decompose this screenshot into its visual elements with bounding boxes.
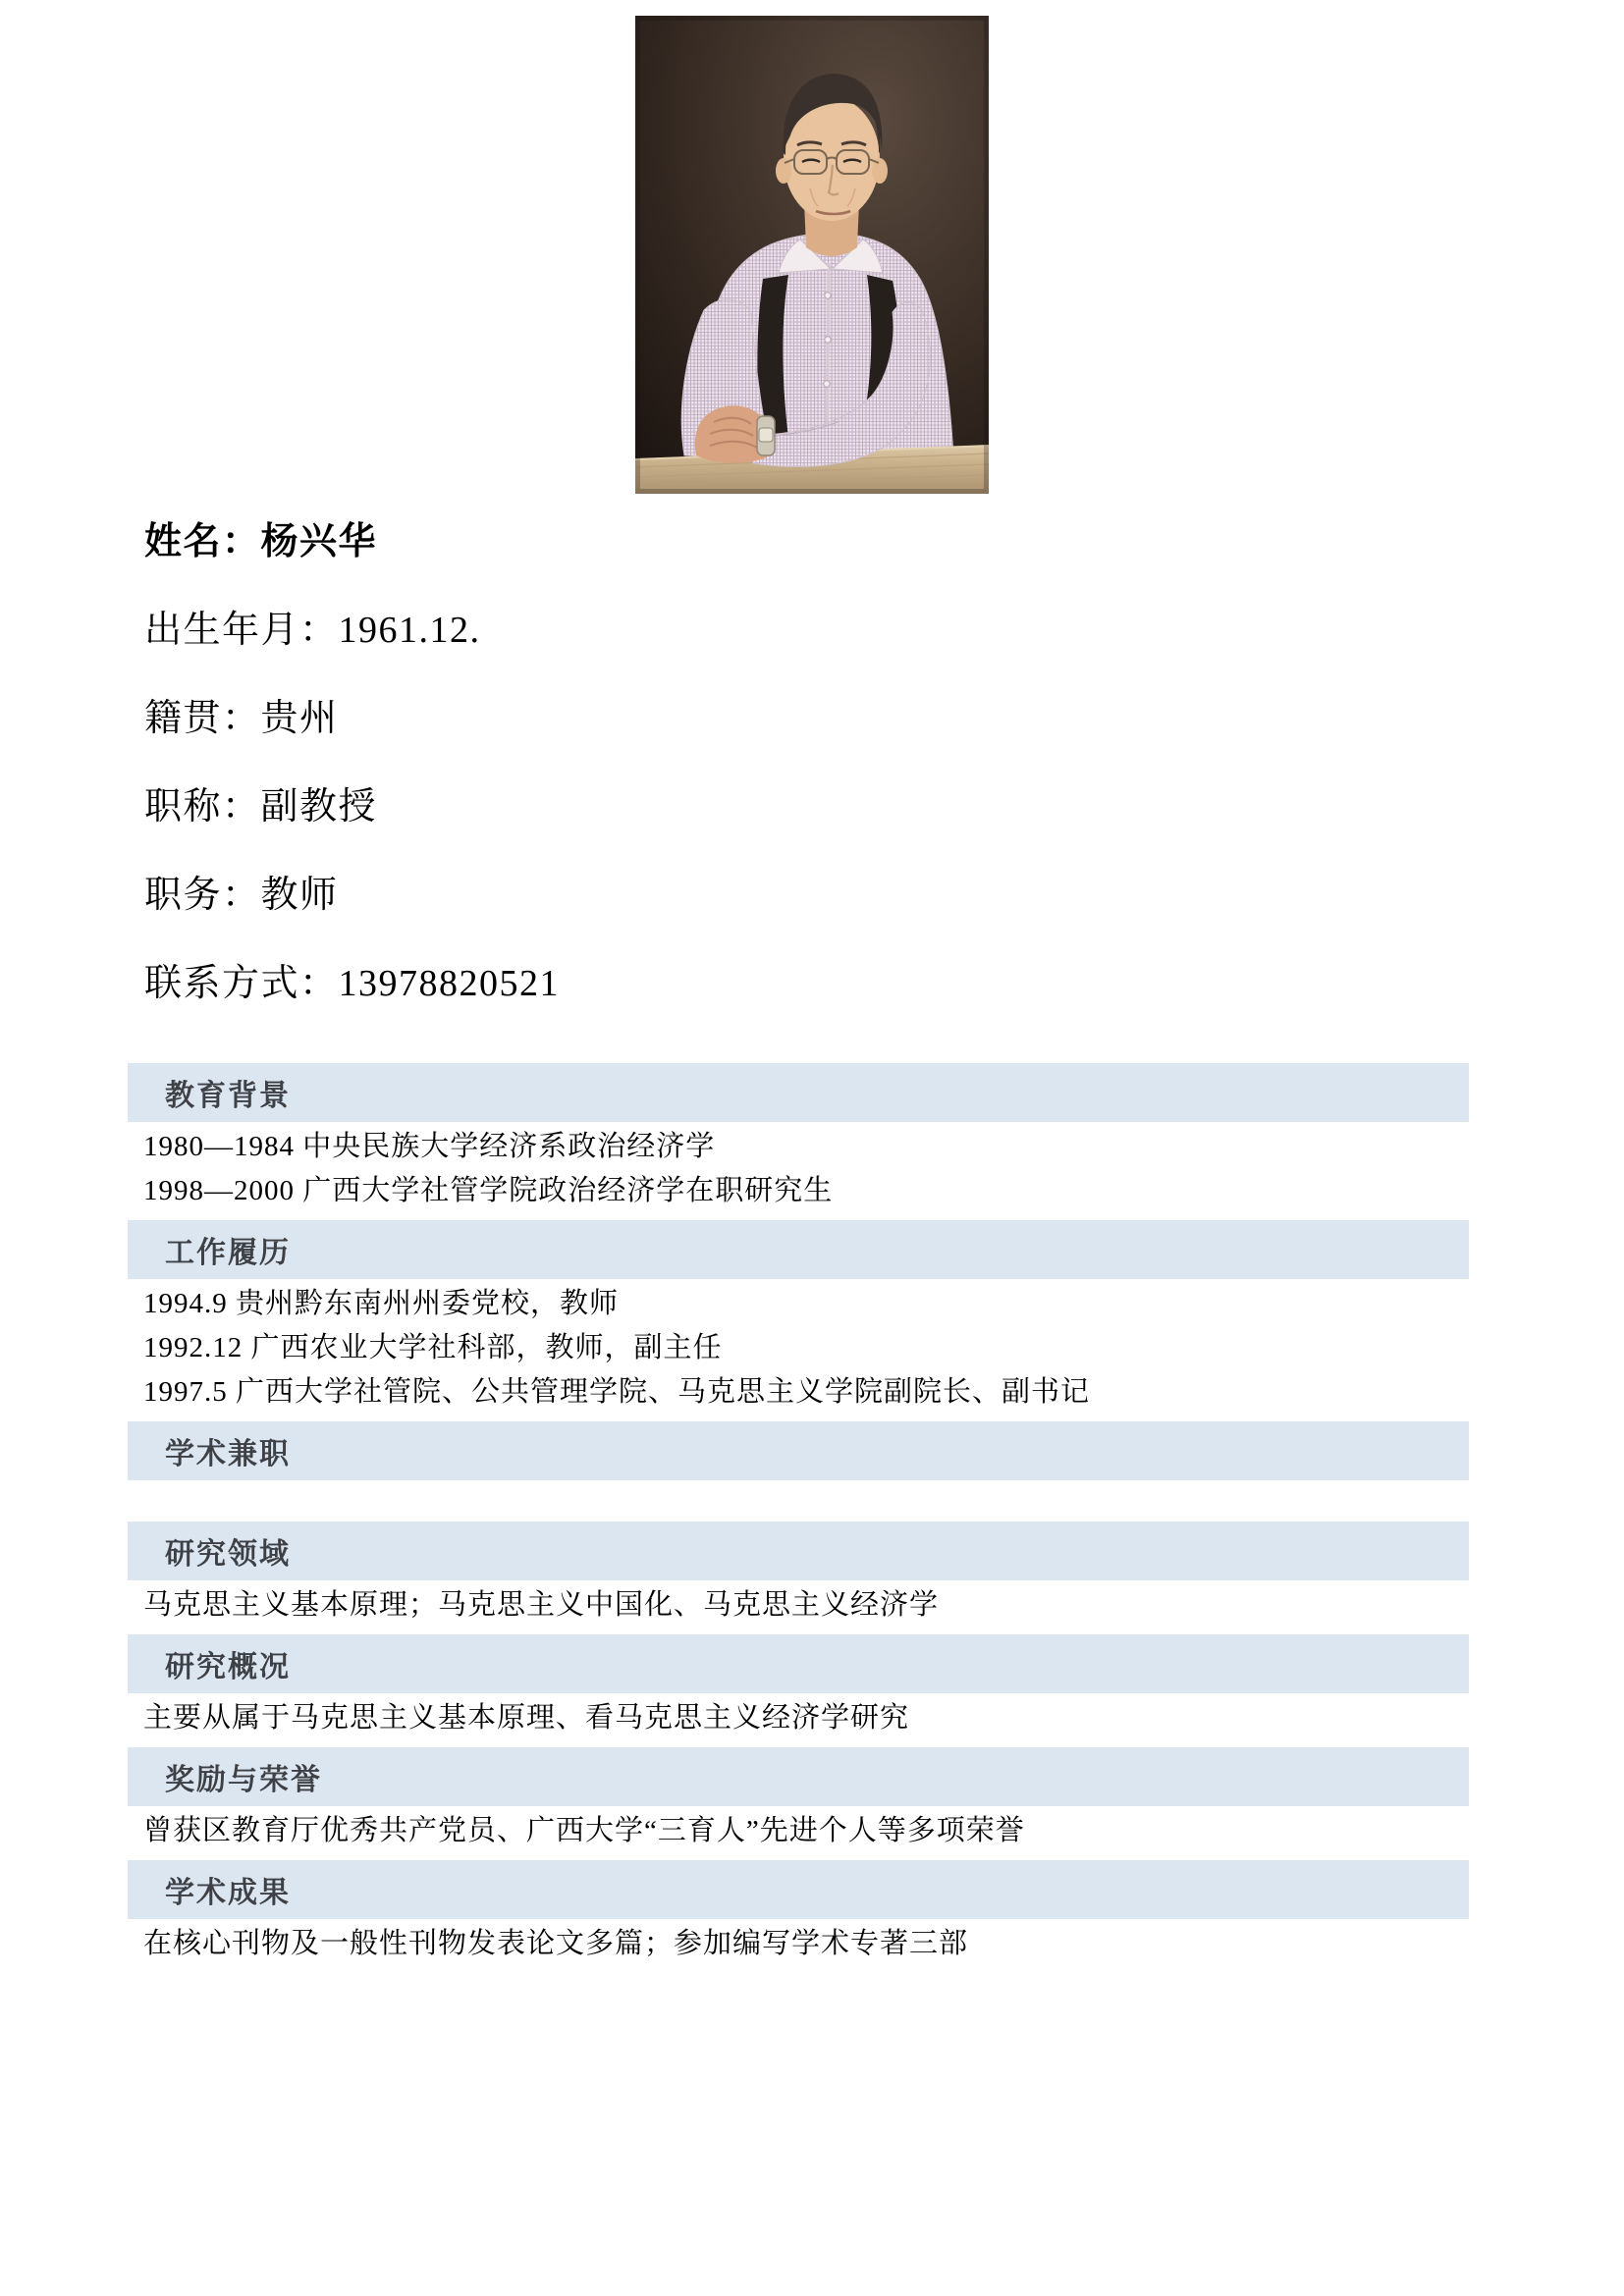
section-content: 主要从属于马克思主义基本原理、看马克思主义经济学研究 bbox=[128, 1693, 1469, 1747]
section-header-bar: 研究概况 bbox=[128, 1634, 1469, 1693]
field-value: 杨兴华 bbox=[261, 521, 378, 562]
section-line: 1980—1984 中央民族大学经济系政治经济学 bbox=[143, 1125, 1469, 1169]
profile-field-native-place: 籍贯：贵州 bbox=[144, 695, 1323, 742]
section-header-bar: 奖励与荣誉 bbox=[128, 1747, 1469, 1806]
section-content: 曾获区教育厅优秀共产党员、广西大学“三育人”先进个人等多项荣誉 bbox=[128, 1806, 1469, 1860]
section-title: 研究概况 bbox=[165, 1642, 291, 1685]
section-title: 教育背景 bbox=[165, 1071, 291, 1114]
section-content: 1980—1984 中央民族大学经济系政治经济学 1998—2000 广西大学社… bbox=[128, 1122, 1469, 1220]
section-header-bar: 教育背景 bbox=[128, 1063, 1469, 1122]
field-label: 职称： bbox=[144, 786, 261, 828]
section-title: 学术成果 bbox=[165, 1868, 291, 1911]
section-academic-part-time-posts: 学术兼职 bbox=[128, 1421, 1469, 1522]
section-work-experience: 工作履历 1994.9 贵州黔东南州州委党校，教师 1992.12 广西农业大学… bbox=[128, 1220, 1469, 1421]
field-value: 副教授 bbox=[261, 786, 378, 828]
field-label: 籍贯： bbox=[144, 698, 261, 739]
profile-info: 姓名：杨兴华 出生年月：1961.12. 籍贯：贵州 职称：副教授 职务：教师 … bbox=[144, 518, 1323, 1048]
field-label: 出生年月： bbox=[144, 610, 339, 651]
section-header-bar: 研究领域 bbox=[128, 1522, 1469, 1580]
field-value: 13978820521 bbox=[339, 963, 561, 1004]
section-header-bar: 学术成果 bbox=[128, 1860, 1469, 1919]
section-line: 1992.12 广西农业大学社科部，教师，副主任 bbox=[143, 1326, 1469, 1370]
resume-sections: 教育背景 1980—1984 中央民族大学经济系政治经济学 1998—2000 … bbox=[128, 1063, 1469, 1973]
section-education-background: 教育背景 1980—1984 中央民族大学经济系政治经济学 1998—2000 … bbox=[128, 1063, 1469, 1220]
section-title: 研究领域 bbox=[165, 1529, 291, 1573]
section-line: 1997.5 广西大学社管院、公共管理学院、马克思主义学院副院长、副书记 bbox=[143, 1370, 1469, 1415]
field-value: 教师 bbox=[261, 875, 339, 916]
profile-field-birth-date: 出生年月：1961.12. bbox=[144, 607, 1323, 654]
section-content: 马克思主义基本原理；马克思主义中国化、马克思主义经济学 bbox=[128, 1580, 1469, 1634]
section-line: 马克思主义基本原理；马克思主义中国化、马克思主义经济学 bbox=[143, 1583, 1469, 1628]
profile-field-name: 姓名：杨兴华 bbox=[144, 518, 1323, 565]
field-label: 联系方式： bbox=[144, 963, 339, 1004]
portrait-illustration bbox=[635, 16, 989, 494]
field-value: 1961.12. bbox=[339, 610, 481, 651]
section-academic-achievements: 学术成果 在核心刊物及一般性刊物发表论文多篇；参加编写学术专著三部 bbox=[128, 1860, 1469, 1973]
section-content-empty bbox=[128, 1480, 1469, 1522]
section-header-bar: 学术兼职 bbox=[128, 1421, 1469, 1480]
section-content: 在核心刊物及一般性刊物发表论文多篇；参加编写学术专著三部 bbox=[128, 1919, 1469, 1973]
field-label: 姓名： bbox=[144, 521, 261, 562]
section-title: 奖励与荣誉 bbox=[165, 1755, 322, 1798]
field-label: 职务： bbox=[144, 875, 261, 916]
profile-field-position: 职务：教师 bbox=[144, 872, 1323, 919]
section-header-bar: 工作履历 bbox=[128, 1220, 1469, 1279]
section-line: 1994.9 贵州黔东南州州委党校，教师 bbox=[143, 1282, 1469, 1326]
field-value: 贵州 bbox=[261, 698, 339, 739]
section-title: 工作履历 bbox=[165, 1228, 291, 1271]
profile-field-title: 职称：副教授 bbox=[144, 783, 1323, 830]
section-content: 1994.9 贵州黔东南州州委党校，教师 1992.12 广西农业大学社科部，教… bbox=[128, 1279, 1469, 1421]
section-title: 学术兼职 bbox=[165, 1429, 291, 1472]
resume-page: 姓名：杨兴华 出生年月：1961.12. 籍贯：贵州 职称：副教授 职务：教师 … bbox=[0, 0, 1624, 2296]
section-line: 曾获区教育厅优秀共产党员、广西大学“三育人”先进个人等多项荣誉 bbox=[143, 1809, 1469, 1853]
section-line: 主要从属于马克思主义基本原理、看马克思主义经济学研究 bbox=[143, 1696, 1469, 1740]
section-line: 在核心刊物及一般性刊物发表论文多篇；参加编写学术专著三部 bbox=[143, 1922, 1469, 1966]
section-line: 1998—2000 广西大学社管学院政治经济学在职研究生 bbox=[143, 1169, 1469, 1213]
section-research-field: 研究领域 马克思主义基本原理；马克思主义中国化、马克思主义经济学 bbox=[128, 1522, 1469, 1634]
profile-photo bbox=[635, 16, 989, 494]
section-awards-honors: 奖励与荣誉 曾获区教育厅优秀共产党员、广西大学“三育人”先进个人等多项荣誉 bbox=[128, 1747, 1469, 1860]
profile-field-contact: 联系方式：13978820521 bbox=[144, 960, 1323, 1007]
section-research-overview: 研究概况 主要从属于马克思主义基本原理、看马克思主义经济学研究 bbox=[128, 1634, 1469, 1747]
